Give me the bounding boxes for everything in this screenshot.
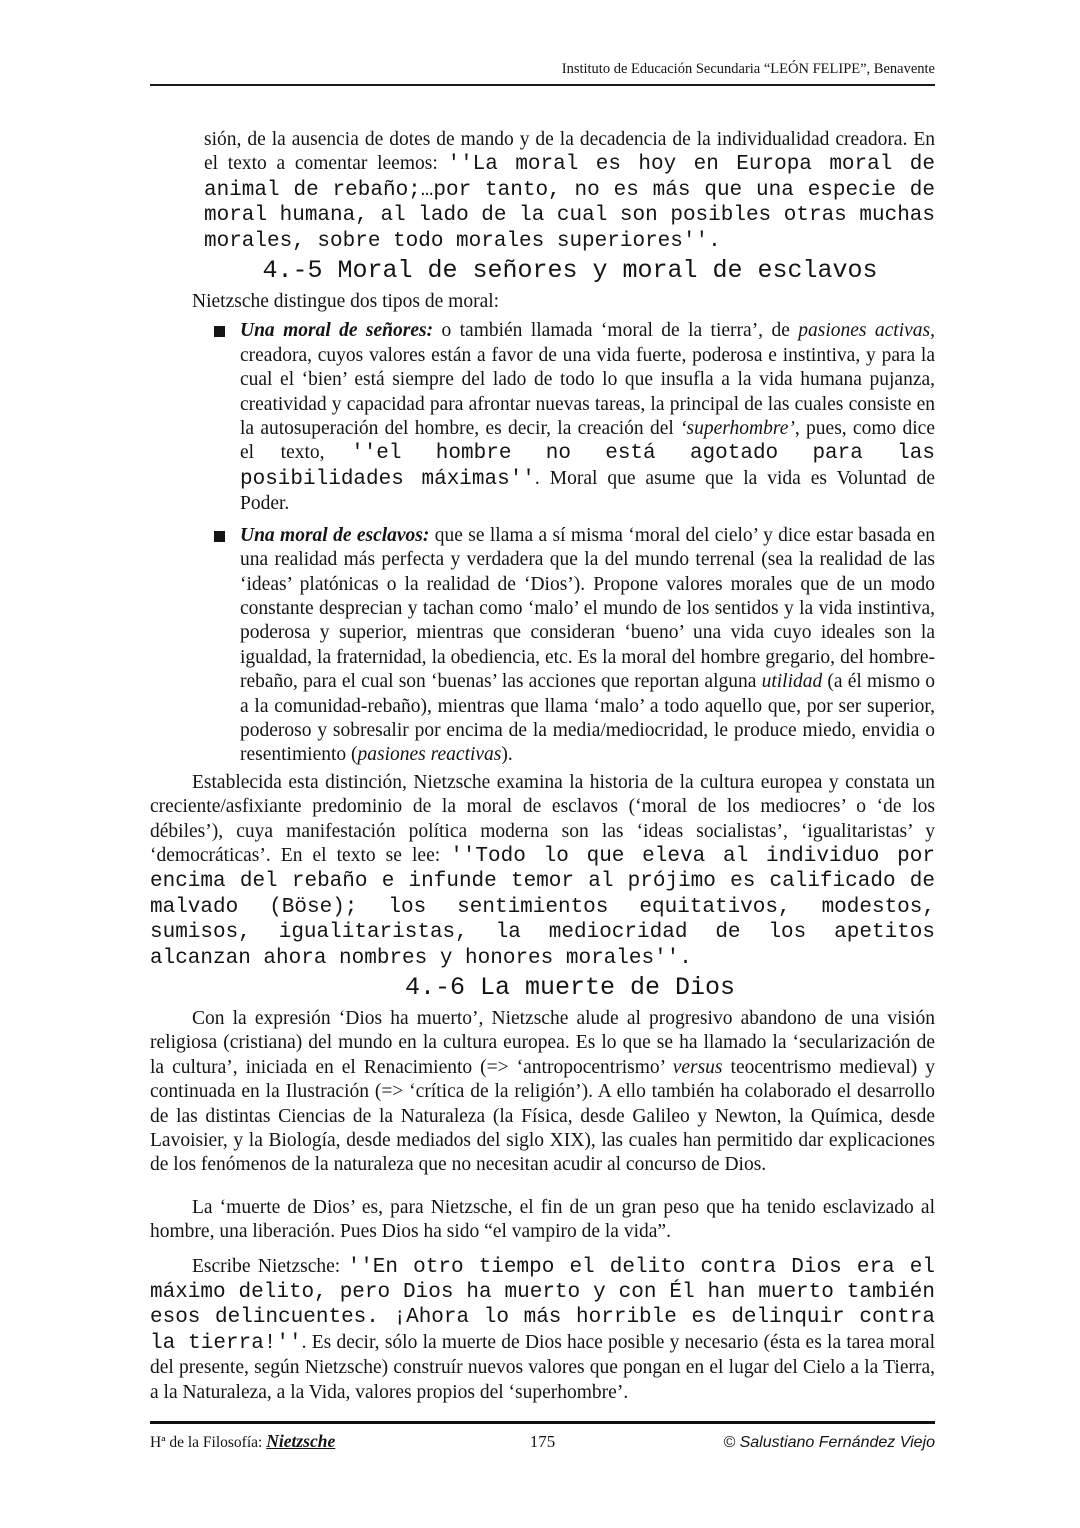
section-heading-4-6: 4.-6 La muerte de Dios	[150, 974, 935, 1002]
bullet-lead: Una moral de esclavos:	[240, 525, 429, 546]
copyright-notice: © Salustiano Fernández Viejo	[555, 1434, 935, 1452]
course-topic: Nietzsche	[266, 1431, 335, 1451]
footer-course: Hª de la Filosofía: Nietzsche	[150, 1431, 530, 1452]
text-run: o también llamada ‘moral de la tierra’, …	[433, 320, 798, 341]
bullet-item-slaves-moral: Una moral de esclavos: que se llama a sí…	[240, 524, 935, 768]
bullet-lead: Una moral de señores:	[240, 320, 433, 341]
text-run: ).	[501, 744, 512, 765]
paragraph-la-muerte: La ‘muerte de Dios’ es, para Nietzsche, …	[150, 1196, 935, 1245]
document-body: sión, de la ausencia de dotes de mando y…	[150, 128, 935, 1405]
paragraph-continuation: sión, de la ausencia de dotes de mando y…	[204, 128, 935, 254]
page-header: Instituto de Educación Secundaria “LEÓN …	[150, 0, 935, 86]
bullet-item-masters-moral: Una moral de señores: o también llamada …	[240, 319, 935, 516]
intro-line: Nietzsche distingue dos tipos de moral:	[150, 290, 935, 314]
document-page: Instituto de Educación Secundaria “LEÓN …	[0, 0, 1080, 1528]
institution-name: Instituto de Educación Secundaria “LEÓN …	[562, 61, 935, 77]
paragraph-escribe-nietzsche: Escribe Nietzsche: ''En otro tiempo el d…	[150, 1255, 935, 1405]
text-run: utilidad	[762, 671, 823, 692]
page-number: 175	[530, 1432, 556, 1452]
section-heading-4-5: 4.-5 Moral de señores y moral de esclavo…	[150, 257, 935, 285]
text-run: pasiones activas,	[798, 320, 935, 341]
square-bullet-icon	[214, 531, 225, 542]
text-run: ‘superhombre’	[680, 418, 795, 439]
square-bullet-icon	[214, 326, 225, 337]
text-run: que se llama a sí misma ‘moral del cielo…	[240, 525, 935, 692]
paragraph-establecida: Establecida esta distinción, Nietzsche e…	[150, 771, 935, 971]
text-run: pasiones reactivas	[358, 744, 502, 765]
paragraph-con-la-expresion: Con la expresión ‘Dios ha muerto’, Nietz…	[150, 1007, 935, 1178]
page-footer: Hª de la Filosofía: Nietzsche 175 © Salu…	[150, 1421, 935, 1452]
course-label: Hª de la Filosofía:	[150, 1434, 266, 1451]
text-run: Escribe Nietzsche:	[192, 1256, 348, 1277]
text-run: versus	[673, 1057, 723, 1078]
bullet-list: Una moral de señores: o también llamada …	[150, 319, 935, 767]
